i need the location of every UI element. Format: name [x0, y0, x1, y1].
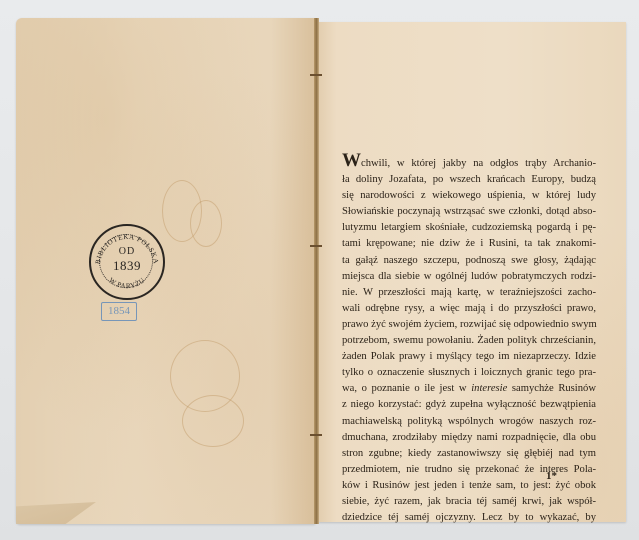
book-spread: BIBLIOTEKA POLSKA W PARYŻU OD 1839 1854 …: [0, 0, 639, 540]
text-line: machiawelską polityką wspólnych wrogów n…: [342, 414, 596, 430]
text-line: Wchwili, w której jakby na odgłos trąby …: [342, 156, 596, 172]
text-line: Słowiańskie poczynają wstrząsać swe czło…: [342, 204, 596, 220]
text-line: się narodowości z wiekowego uśpienia, w …: [342, 188, 596, 204]
italic-word: interesie: [471, 383, 507, 394]
body-text: Wchwili, w której jakby na odgłos trąby …: [342, 156, 596, 526]
stamp-od: OD: [91, 246, 163, 257]
text-line: dmuchana, zrodziłaby między nami rozpadn…: [342, 430, 596, 446]
text-line: ta gałąź naszego szczepu, podnoszą swe g…: [342, 253, 596, 269]
text-line: potrzebom, swemu powołaniu. Żaden polity…: [342, 333, 596, 349]
text-line: dziedzice téj saméj ojczyzny. Lecz by to…: [342, 510, 596, 526]
library-stamp: BIBLIOTEKA POLSKA W PARYŻU OD 1839: [89, 224, 165, 300]
text-line: tylko o oznaczenie słusznych i loicznych…: [342, 365, 596, 381]
folded-corner: [16, 502, 96, 524]
binding-stitch: [310, 245, 322, 247]
left-page: [16, 18, 315, 524]
water-stain: [190, 200, 222, 247]
binding-stitch: [310, 434, 322, 436]
text-line: nie. W przeszłości mają kartę, w teraźni…: [342, 285, 596, 301]
text-line: wali odrębne rysy, a więc mają i do przy…: [342, 301, 596, 317]
text-line: ków i Rusinów jest jeden i tenże sam, to…: [342, 478, 596, 494]
text-line: prawo żyć swojém życiem, rozwijać się od…: [342, 317, 596, 333]
water-stain: [182, 395, 244, 447]
stamp-year: 1839: [91, 258, 163, 274]
text-line: lutyzmu letargiem skośniałe, cudzoziemsk…: [342, 220, 596, 236]
text-line: z niego korzystać: gdyż zupełna wyłączno…: [342, 397, 596, 413]
drop-cap: W: [342, 150, 361, 171]
text-line: miejsca dla siebie w ogólnéj ludów pobra…: [342, 269, 596, 285]
book-spine: [314, 18, 319, 524]
svg-text:W PARYŻU: W PARYŻU: [107, 276, 146, 290]
text-line: tami krępowane; nie dziw że i Rusini, ta…: [342, 236, 596, 252]
text-line: żaden Polak prawy i myślący tego im niez…: [342, 349, 596, 365]
text-line: stron zgubne; kiedy zastanowiwszy się gł…: [342, 446, 596, 462]
text-line: przedmiotem, nie trudno się przekonać że…: [342, 462, 596, 478]
text-line: ła doliny Jozafata, po wszech krańcach E…: [342, 172, 596, 188]
binding-stitch: [310, 74, 322, 76]
text-line: wa, o poznanie o ile jest w interesie sa…: [342, 381, 596, 397]
signature-mark: 1*: [546, 470, 557, 482]
text-line: siebie, żyć razem, jak bracia téj saméj …: [342, 494, 596, 510]
shelfmark-stamp: 1854: [101, 302, 137, 321]
